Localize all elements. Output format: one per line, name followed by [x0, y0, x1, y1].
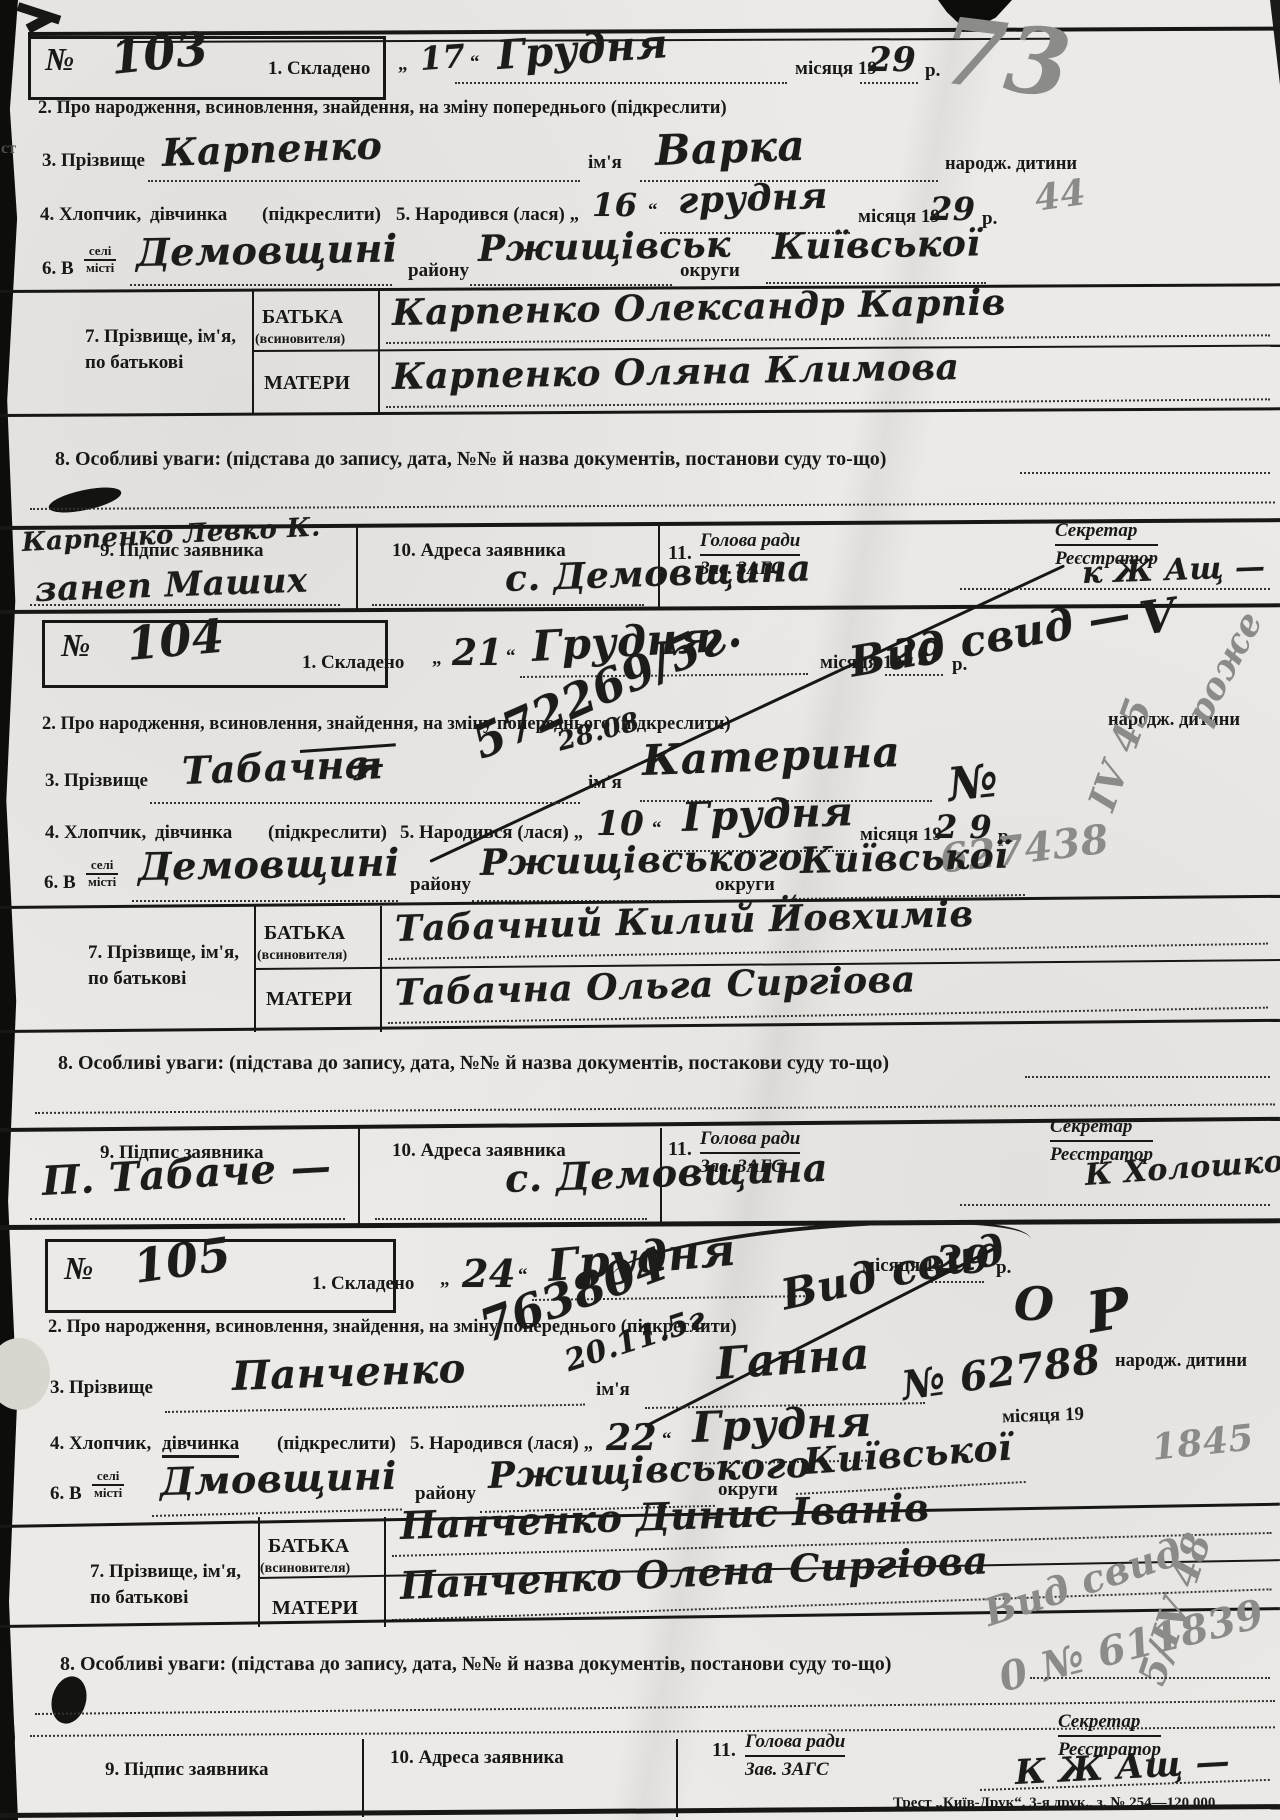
- pencil-roge: роже: [1177, 604, 1271, 731]
- line7-b: по батькові: [85, 352, 183, 374]
- dotted-line: [30, 1218, 345, 1220]
- line4-a: 4. Хлопчик,: [40, 204, 141, 226]
- dotted-line: [152, 1508, 402, 1517]
- dotted-line: [1025, 1076, 1270, 1078]
- eleven-label: 11.: [668, 1138, 692, 1161]
- eleven-label: 11.: [712, 1739, 736, 1762]
- line7-a: 7. Прізвище, ім'я,: [90, 1561, 241, 1583]
- mother-label: МАТЕРИ: [266, 988, 352, 1011]
- no-label: №: [45, 41, 74, 78]
- month-19-label: місяця 19: [1002, 1404, 1085, 1429]
- rule: [252, 290, 254, 414]
- sig-label: 9. Підпис заявника: [105, 1759, 268, 1781]
- composed-day-value: 17: [419, 37, 467, 78]
- record-number: 104: [125, 609, 227, 671]
- surname-value: Панченко: [231, 1345, 466, 1400]
- record-103: № 103 1. Складено „ 17 “ Грудня місяця 1…: [0, 28, 1280, 610]
- name-value: Катерина: [641, 727, 901, 785]
- rule: [378, 290, 380, 414]
- name-value: Варка: [654, 121, 806, 175]
- dotted-line: [375, 1218, 647, 1220]
- pencil-corner-note: 73: [935, 0, 1076, 119]
- line4-a: 4. Хлопчик,: [45, 822, 146, 844]
- head-of-council-label: Голова радиЗав. ЗАГС: [745, 1729, 845, 1782]
- close-quote: “: [506, 646, 516, 668]
- line7-b: по батькові: [88, 968, 186, 990]
- composed-label: 1. Складено: [312, 1273, 414, 1295]
- rule: [0, 407, 1280, 417]
- line2-label: 2. Про народження, всиновлення, знайденн…: [38, 98, 727, 119]
- line7-a: 7. Прізвище, ім'я,: [88, 942, 239, 964]
- father-sub-label: (всиновителя): [260, 1561, 350, 1577]
- in-label: 6. В: [44, 872, 76, 894]
- scanned-registry-page: ст № 103 1. Складено „ 17 “ Грудня місяц…: [0, 0, 1280, 1820]
- addr-label: 10. Адреса заявника: [390, 1747, 564, 1769]
- r-label: р.: [982, 208, 997, 230]
- applicant-signature-1: П. Табаче —: [41, 1143, 333, 1205]
- dotted-line: [386, 334, 1270, 344]
- close-quote: “: [470, 52, 480, 74]
- dotted-line: [1020, 472, 1270, 474]
- record-105: № 105 1. Складено „ 24 “ Грудня місяця 1…: [0, 1225, 1280, 1820]
- close-quote: “: [652, 818, 662, 840]
- line4-c: (підкреслити): [262, 204, 381, 226]
- pencil-note-44: 44: [1032, 171, 1088, 220]
- village-value: Дмовщині: [159, 1453, 397, 1504]
- composed-label: 1. Складено: [302, 652, 404, 674]
- head-of-council-label: Голова радиЗав. ЗАГС: [700, 1126, 800, 1179]
- composed-year-value: 29: [868, 40, 916, 80]
- born-day-value: 16: [592, 186, 638, 224]
- remarks-label: 8. Особливі уваги: (підстава до запису, …: [60, 1653, 891, 1676]
- open-quote: „: [432, 648, 442, 670]
- rule: [0, 1019, 1280, 1033]
- close-quote: “: [648, 200, 658, 222]
- dotted-line: [148, 180, 580, 182]
- seli-misti-fraction: селімісті: [92, 1469, 124, 1501]
- dotted-line: [30, 604, 340, 606]
- mother-value: Карпенко Оляна Климова: [392, 346, 960, 398]
- father-label: БАТЬКА: [264, 922, 345, 945]
- dotted-line: [130, 284, 392, 286]
- dotted-line: [386, 398, 1270, 408]
- okruga-value: Київської: [799, 835, 1008, 882]
- seli-misti-fraction: селімісті: [86, 858, 118, 890]
- month-19-label: місяця 19: [795, 58, 877, 80]
- remarks-label: 8. Особливі уваги: (підстава до запису, …: [55, 448, 886, 471]
- village-value: Демовщині: [138, 839, 401, 889]
- line4-b: дівчинка: [150, 204, 227, 226]
- born-day-value: 10: [596, 804, 644, 844]
- rule: [384, 1517, 386, 1627]
- no-label: №: [61, 627, 90, 664]
- father-sub-label: (всиновителя): [257, 948, 347, 964]
- scribble-no: № 62788: [899, 1335, 1104, 1409]
- open-quote: „: [440, 1269, 450, 1291]
- pencil-1845: 1845: [1150, 1416, 1256, 1468]
- line4-c: (підкреслити): [277, 1433, 396, 1455]
- in-label: 6. В: [50, 1483, 82, 1505]
- district-label: району: [410, 874, 471, 896]
- child-label: народж. дитини: [945, 154, 1077, 175]
- line7-b: по батькові: [90, 1587, 188, 1609]
- dotted-line: [165, 1404, 585, 1413]
- surname-label: 3. Прізвище: [42, 150, 145, 172]
- surname-value: Карпенко: [161, 122, 383, 175]
- rule: [362, 1739, 364, 1817]
- name-label: ім'я: [588, 772, 622, 794]
- surname-label: 3. Прізвище: [45, 770, 148, 792]
- village-value: Демовщині: [136, 225, 399, 275]
- name-label: ім'я: [588, 152, 622, 174]
- dotted-line: [455, 82, 787, 84]
- dotted-line: [30, 501, 1275, 510]
- district-label: району: [408, 260, 469, 282]
- child-label: народж. дитини: [1115, 1351, 1247, 1372]
- born-month-value: грудня: [677, 175, 828, 222]
- father-sub-label: (всиновителя): [255, 332, 345, 348]
- okruga-label: округи: [680, 260, 740, 282]
- dotted-line: [1030, 1677, 1270, 1679]
- pencil-iv45: ІV 45: [1079, 692, 1161, 816]
- line7-a: 7. Прізвище, ім'я,: [85, 326, 236, 348]
- rule: [358, 1128, 360, 1225]
- father-value: Панченко Динис Іванів: [399, 1485, 930, 1548]
- okruga-value: Київської: [772, 222, 981, 268]
- born-month-value: Грудня: [681, 788, 854, 841]
- scribble-o: О: [1014, 1277, 1055, 1331]
- dotted-line: [150, 802, 580, 804]
- mother-label: МАТЕРИ: [272, 1597, 358, 1620]
- line2-label: 2. Про народження, всиновлення, знайденн…: [48, 1317, 737, 1338]
- mother-label: МАТЕРИ: [264, 372, 350, 395]
- composed-label: 1. Складено: [268, 58, 370, 80]
- ink-blot: [47, 483, 124, 518]
- name-label: ім'я: [596, 1379, 630, 1401]
- seli-misti-fraction: селімісті: [84, 244, 116, 276]
- okruga-label: округи: [715, 874, 775, 896]
- father-label: БАТЬКА: [262, 306, 343, 329]
- record-104: № 104 1. Складено „ 21 “ Грудня місяця 1…: [0, 610, 1280, 1225]
- line4-d: 5. Народився (лася) „: [396, 204, 579, 226]
- dotted-line: [860, 82, 918, 84]
- surname-label: 3. Прізвище: [50, 1377, 153, 1399]
- rule: [380, 906, 382, 1032]
- father-label: БАТЬКА: [268, 1535, 349, 1558]
- scribble-no: №: [945, 753, 1001, 812]
- line4-b-underlined: дівчинка: [162, 1433, 239, 1458]
- record-number: 103: [108, 21, 211, 85]
- no-label: №: [64, 1250, 93, 1287]
- dotted-line: [372, 604, 644, 606]
- remarks-label: 8. Особливі уваги: (підстава до запису, …: [58, 1052, 889, 1075]
- composed-day-value: 21: [452, 632, 503, 674]
- open-quote: „: [398, 54, 408, 76]
- dotted-line: [35, 1103, 1275, 1114]
- check-mark: V: [1136, 587, 1179, 646]
- record-number: 105: [130, 1227, 234, 1294]
- rule: [356, 526, 358, 610]
- dotted-line: [960, 1204, 1270, 1206]
- dotted-line: [132, 900, 398, 902]
- registrar-signature: к Ж Ащ —: [1081, 550, 1266, 591]
- eleven-label: 11.: [668, 542, 692, 565]
- name-value: Ганна: [714, 1328, 871, 1390]
- in-label: 6. В: [42, 258, 74, 280]
- line4-b: дівчинка: [155, 822, 232, 844]
- rule: [676, 1739, 678, 1817]
- head-of-council-label: Голова радиЗав. ЗАГС: [700, 528, 800, 581]
- line4-a: 4. Хлопчик,: [50, 1433, 151, 1455]
- applicant-signature-2: занеп Маших: [34, 560, 308, 609]
